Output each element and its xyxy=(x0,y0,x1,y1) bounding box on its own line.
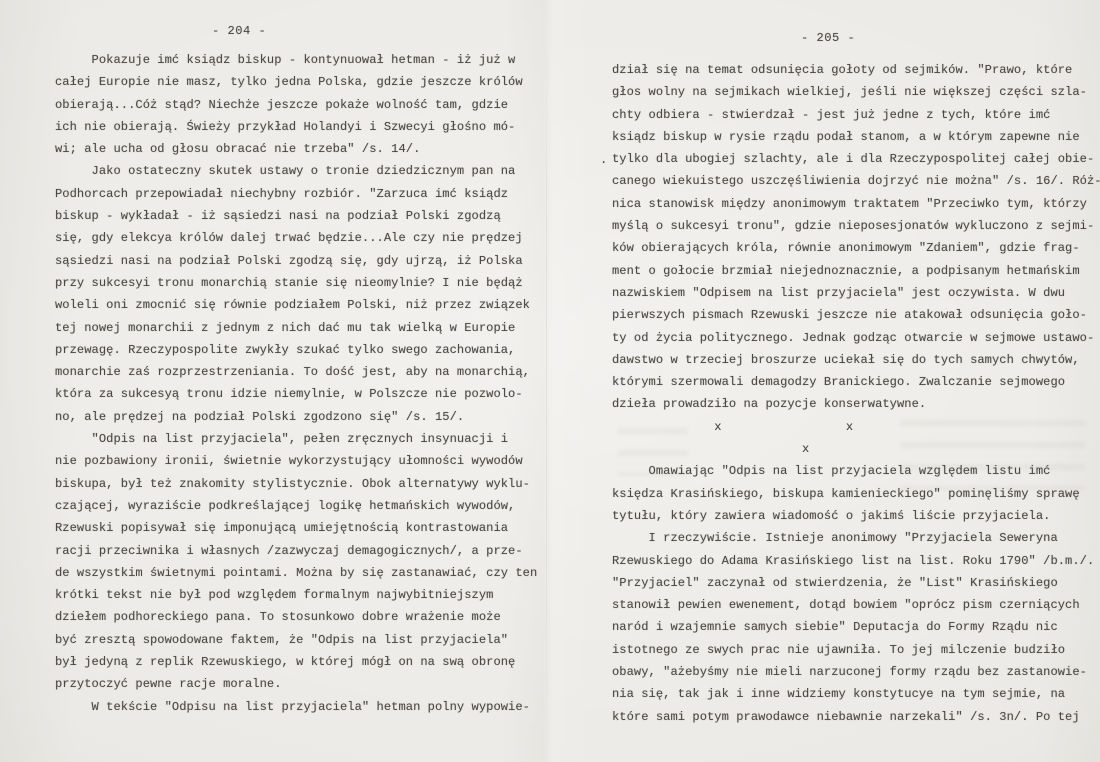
scanned-book-spread: - 204 - - 205 - Pokazuje imć ksiądz bisk… xyxy=(0,0,1100,762)
text-line: Pokazuje imć ksiądz biskup - kontynuował… xyxy=(55,49,545,71)
text-line: myślą o sukcesyi tronu", gdzie nieposesj… xyxy=(612,215,1087,237)
text-line: monarchie zaś rozprzestrzeniania. To doś… xyxy=(55,361,545,383)
text-line: Jako ostateczny skutek ustawy o tronie d… xyxy=(55,160,545,182)
text-line: obawy, "ażebyśmy nie mieli narzuconej fo… xyxy=(612,661,1087,683)
text-line: ich nie obierają. Świeży przykład Holand… xyxy=(55,116,545,138)
text-line: "Przyjaciel" zaczynał od stwierdzenia, ż… xyxy=(612,572,1087,594)
text-line: wi; ale ucha od głosu obracać nie trzeba… xyxy=(55,138,545,160)
text-line: która za sukcesyą tronu idzie niemylnie,… xyxy=(55,383,545,405)
text-line: istotnego ze swych prac nie ujawniła. To… xyxy=(612,639,1087,661)
text-line: księdza Krasińskiego, biskupa kamienieck… xyxy=(612,483,1087,505)
text-line: tylko dla ubogiej szlachty, ale i dla Rz… xyxy=(612,148,1087,170)
text-line: W tekście "Odpisu na list przyjaciela" h… xyxy=(55,696,545,718)
text-line: biskupa, był też znakomity stylistycznie… xyxy=(55,473,545,495)
text-line: chty odbiera - stwierdzał - jest już jed… xyxy=(612,104,1087,126)
text-line: dzieła prowadziło na pozycje konserwatyw… xyxy=(612,393,1087,415)
text-line: ków obierających króla, równie anonimowy… xyxy=(612,237,1087,259)
text-line: dział się na temat odsunięcia gołoty od … xyxy=(612,59,1087,81)
text-line: sąsiedzi nasi na podział Polski zgodzą s… xyxy=(55,250,545,272)
text-line: de wszystkim świetnymi pointami. Można b… xyxy=(55,562,545,584)
text-line: być zresztą spowodowane faktem, że "Odpi… xyxy=(55,629,545,651)
text-line: ksiądz biskup w rysie rządu podał stanom… xyxy=(612,126,1087,148)
text-line: czającej, wyraziście podkreślającej logi… xyxy=(55,495,545,517)
text-line: nica stanowisk między anonimowym traktat… xyxy=(612,193,1087,215)
text-line: naród i wzajemnie samych siebie" Deputac… xyxy=(612,616,1087,638)
text-line: Podhorcach przepowiadał niechybny rozbió… xyxy=(55,183,545,205)
text-line: które sami potym prawodawce niebawnie na… xyxy=(612,706,1087,728)
page-205-text-column: dział się na temat odsunięcia gołoty od … xyxy=(612,59,1087,728)
page-204-text-column: Pokazuje imć ksiądz biskup - kontynuował… xyxy=(55,49,545,718)
text-line: racji przeciwnika i własnych /zazwyczaj … xyxy=(55,540,545,562)
scan-artifact-dot: . xyxy=(600,149,607,171)
text-line: przewagę. Rzeczypospolite zwykły szukać … xyxy=(55,339,545,361)
page-number-right: - 205 - xyxy=(801,31,855,45)
text-line: Rzewuski popisywał się imponującą umieję… xyxy=(55,517,545,539)
text-line: krótki tekst nie był pod względem formal… xyxy=(55,584,545,606)
section-separator-row: x x xyxy=(612,416,1087,438)
text-line: był jedyną z replik Rzewuskiego, w które… xyxy=(55,651,545,673)
page-number-left: - 204 - xyxy=(212,24,266,38)
text-line: głos wolny na sejmikach wielkiej, jeśli … xyxy=(612,81,1087,103)
text-line: całej Europie nie masz, tylko jedna Pols… xyxy=(55,71,545,93)
text-line: tej nowej monarchii z jednym z nich dać … xyxy=(55,317,545,339)
text-line: ment o gołocie brzmiał niejednoznacznie,… xyxy=(612,260,1087,282)
text-line: woleli oni zmocnić się równie podziałem … xyxy=(55,294,545,316)
text-line: przy sukcesyi tronu monarchią stanie się… xyxy=(55,272,545,294)
text-line: którymi szermowali demagodzy Branickiego… xyxy=(612,371,1087,393)
text-line: dziełem podhoreckiego pana. To stosunkow… xyxy=(55,606,545,628)
text-line: Rzewuskiego do Adama Krasińskiego list n… xyxy=(612,550,1087,572)
text-line: "Odpis na list przyjaciela", pełen zręcz… xyxy=(55,428,545,450)
text-line: tytułu, który zawiera wiadomość o jakimś… xyxy=(612,505,1087,527)
text-line: nazwiskiem "Odpisem na list przyjaciela"… xyxy=(612,282,1087,304)
text-line: pierwszych pismach Rzewuski jeszcze nie … xyxy=(612,304,1087,326)
text-line: biskup - wykładał - iż sąsiedzi nasi na … xyxy=(55,205,545,227)
text-line: nia się, tak jak i inne widziemy konstyt… xyxy=(612,683,1087,705)
text-line: nie pozbawiony ironii, świetnie wykorzys… xyxy=(55,450,545,472)
text-line: przytoczyć pewne racje moralne. xyxy=(55,673,545,695)
text-line: stanowił pewien ewenement, dotąd bowiem … xyxy=(612,594,1087,616)
text-line: canego wiekuistego uszczęśliwienia dojrz… xyxy=(612,170,1087,192)
text-line: obierają...Cóż stąd? Niechże jeszcze pok… xyxy=(55,94,545,116)
text-line: ty od życia politycznego. Jednak godząc … xyxy=(612,327,1087,349)
text-line: Omawiając "Odpis na list przyjaciela wzg… xyxy=(612,460,1087,482)
text-line: dawstwo w trzeciej broszurze uciekał się… xyxy=(612,349,1087,371)
section-separator-row: x xyxy=(612,438,1087,460)
text-line: I rzeczywiście. Istnieje anonimowy "Przy… xyxy=(612,527,1087,549)
text-line: no, ale prędzej na podział Polski zgodzo… xyxy=(55,406,545,428)
text-line: się, gdy elekcya królów dalej trwać będz… xyxy=(55,227,545,249)
